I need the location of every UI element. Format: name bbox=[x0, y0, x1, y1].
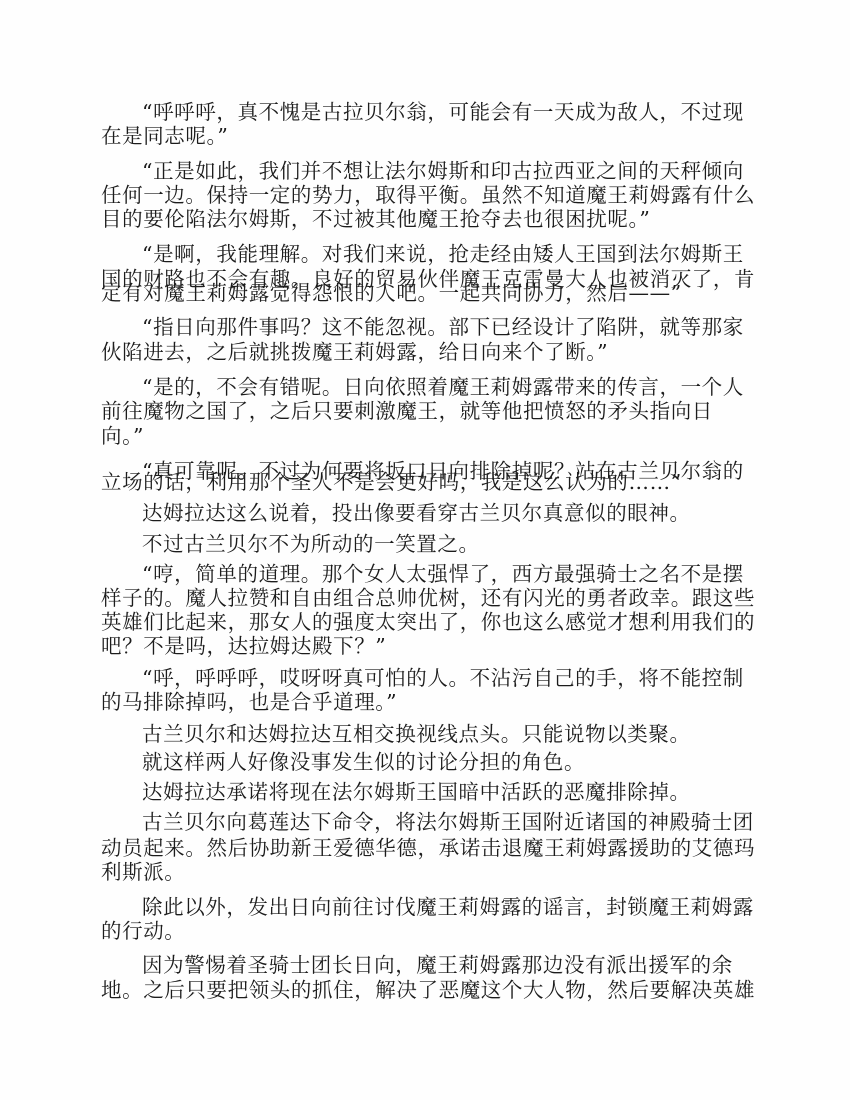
paragraph-9-line-3: 英雄们比起来，那女人的强度太突出了，你也这么感觉才想利用我们的 bbox=[101, 610, 761, 634]
paragraph-3-line-3: 定有对魔王莉姆露觉得怨恨的人吧。一起共同协力，然后——” bbox=[101, 281, 761, 305]
paragraph-11-line-1: 古兰贝尔和达姆拉达互相交换视线点头。只能说物以类聚。 bbox=[142, 722, 802, 746]
paragraph-5-line-1: “是的，不会有错呢。日向依照着魔王莉姆露带来的传言，一个人 bbox=[142, 375, 802, 399]
paragraph-15-line-2: 的行动。 bbox=[101, 919, 761, 943]
paragraph-2-line-1: “正是如此，我们并不想让法尔姆斯和印古拉西亚之间的天秤倾向 bbox=[142, 159, 802, 183]
paragraph-7-line-1: 达姆拉达这么说着，投出像要看穿古兰贝尔真意似的眼神。 bbox=[142, 501, 802, 525]
paragraph-1-line-1: “呼呼呼，真不愧是古拉贝尔翁，可能会有一天成为敌人，不过现 bbox=[142, 100, 802, 124]
paragraph-9-line-2: 样子的。魔人拉赞和自由组合总帅优树，还有闪光的勇者政幸。跟这些 bbox=[101, 586, 761, 610]
paragraph-1-line-2: 在是同志呢。” bbox=[101, 124, 761, 148]
paragraph-16-line-2: 地。之后只要把领头的抓住，解决了恶魔这个大人物，然后要解决英雄 bbox=[101, 978, 761, 1002]
paragraph-15-line-1: 除此以外，发出日向前往讨伐魔王莉姆露的谣言，封锁魔王莉姆露 bbox=[142, 895, 802, 919]
paragraph-5-line-2: 前往魔物之国了，之后只要刺激魔王，就等他把愤怒的矛头指向日 bbox=[101, 399, 761, 423]
paragraph-9-line-1: “哼，简单的道理。那个女人太强悍了，西方最强骑士之名不是摆 bbox=[142, 562, 802, 586]
paragraph-10-line-2: 的马排除掉吗，也是合乎道理。” bbox=[101, 690, 761, 714]
paragraph-14-line-3: 利斯派。 bbox=[101, 860, 761, 884]
paragraph-8-line-1: 不过古兰贝尔不为所动的一笑置之。 bbox=[142, 532, 802, 556]
paragraph-14-line-2: 动员起来。然后协助新王爱德华德，承诺击退魔王莉姆露援助的艾德玛 bbox=[101, 836, 761, 860]
paragraph-5-line-3: 向。” bbox=[101, 424, 761, 448]
paragraph-4-line-1: “指日向那件事吗？这不能忽视。部下已经设计了陷阱，就等那家 bbox=[142, 315, 802, 339]
paragraph-4-line-2: 伙陷进去，之后就挑拨魔王莉姆露，给日向来个了断。” bbox=[101, 340, 761, 364]
paragraph-10-line-1: “呼，呼呼呼，哎呀呀真可怕的人。不沾污自己的手，将不能控制 bbox=[142, 666, 802, 690]
paragraph-3-line-1: “是啊，我能理解。对我们来说，抢走经由矮人王国到法尔姆斯王 bbox=[142, 242, 802, 266]
paragraph-6-line-2: 立场的话，利用那个圣人不是会更好吗，我是这么认为的……” bbox=[101, 470, 761, 494]
paragraph-16-line-1: 因为警惕着圣骑士团长日向，魔王莉姆露那边没有派出援军的余 bbox=[142, 953, 802, 977]
paragraph-14-line-1: 古兰贝尔向葛莲达下命令，将法尔姆斯王国附近诸国的神殿骑士团 bbox=[142, 810, 802, 834]
paragraph-12-line-1: 就这样两人好像没事发生似的讨论分担的角色。 bbox=[142, 750, 802, 774]
document-page: “呼呼呼，真不愧是古拉贝尔翁，可能会有一天成为敌人，不过现 在是同志呢。” “正… bbox=[0, 0, 850, 1100]
paragraph-13-line-1: 达姆拉达承诺将现在法尔姆斯王国暗中活跃的恶魔排除掉。 bbox=[142, 780, 802, 804]
paragraph-9-line-4: 吧？不是吗，达拉姆达殿下？” bbox=[101, 634, 761, 658]
paragraph-2-line-2: 任何一边。保持一定的势力，取得平衡。虽然不知道魔王莉姆露有什么 bbox=[101, 183, 761, 207]
paragraph-2-line-3: 目的要伦陷法尔姆斯，不过被其他魔王抢夺去也很困扰呢。” bbox=[101, 207, 761, 231]
